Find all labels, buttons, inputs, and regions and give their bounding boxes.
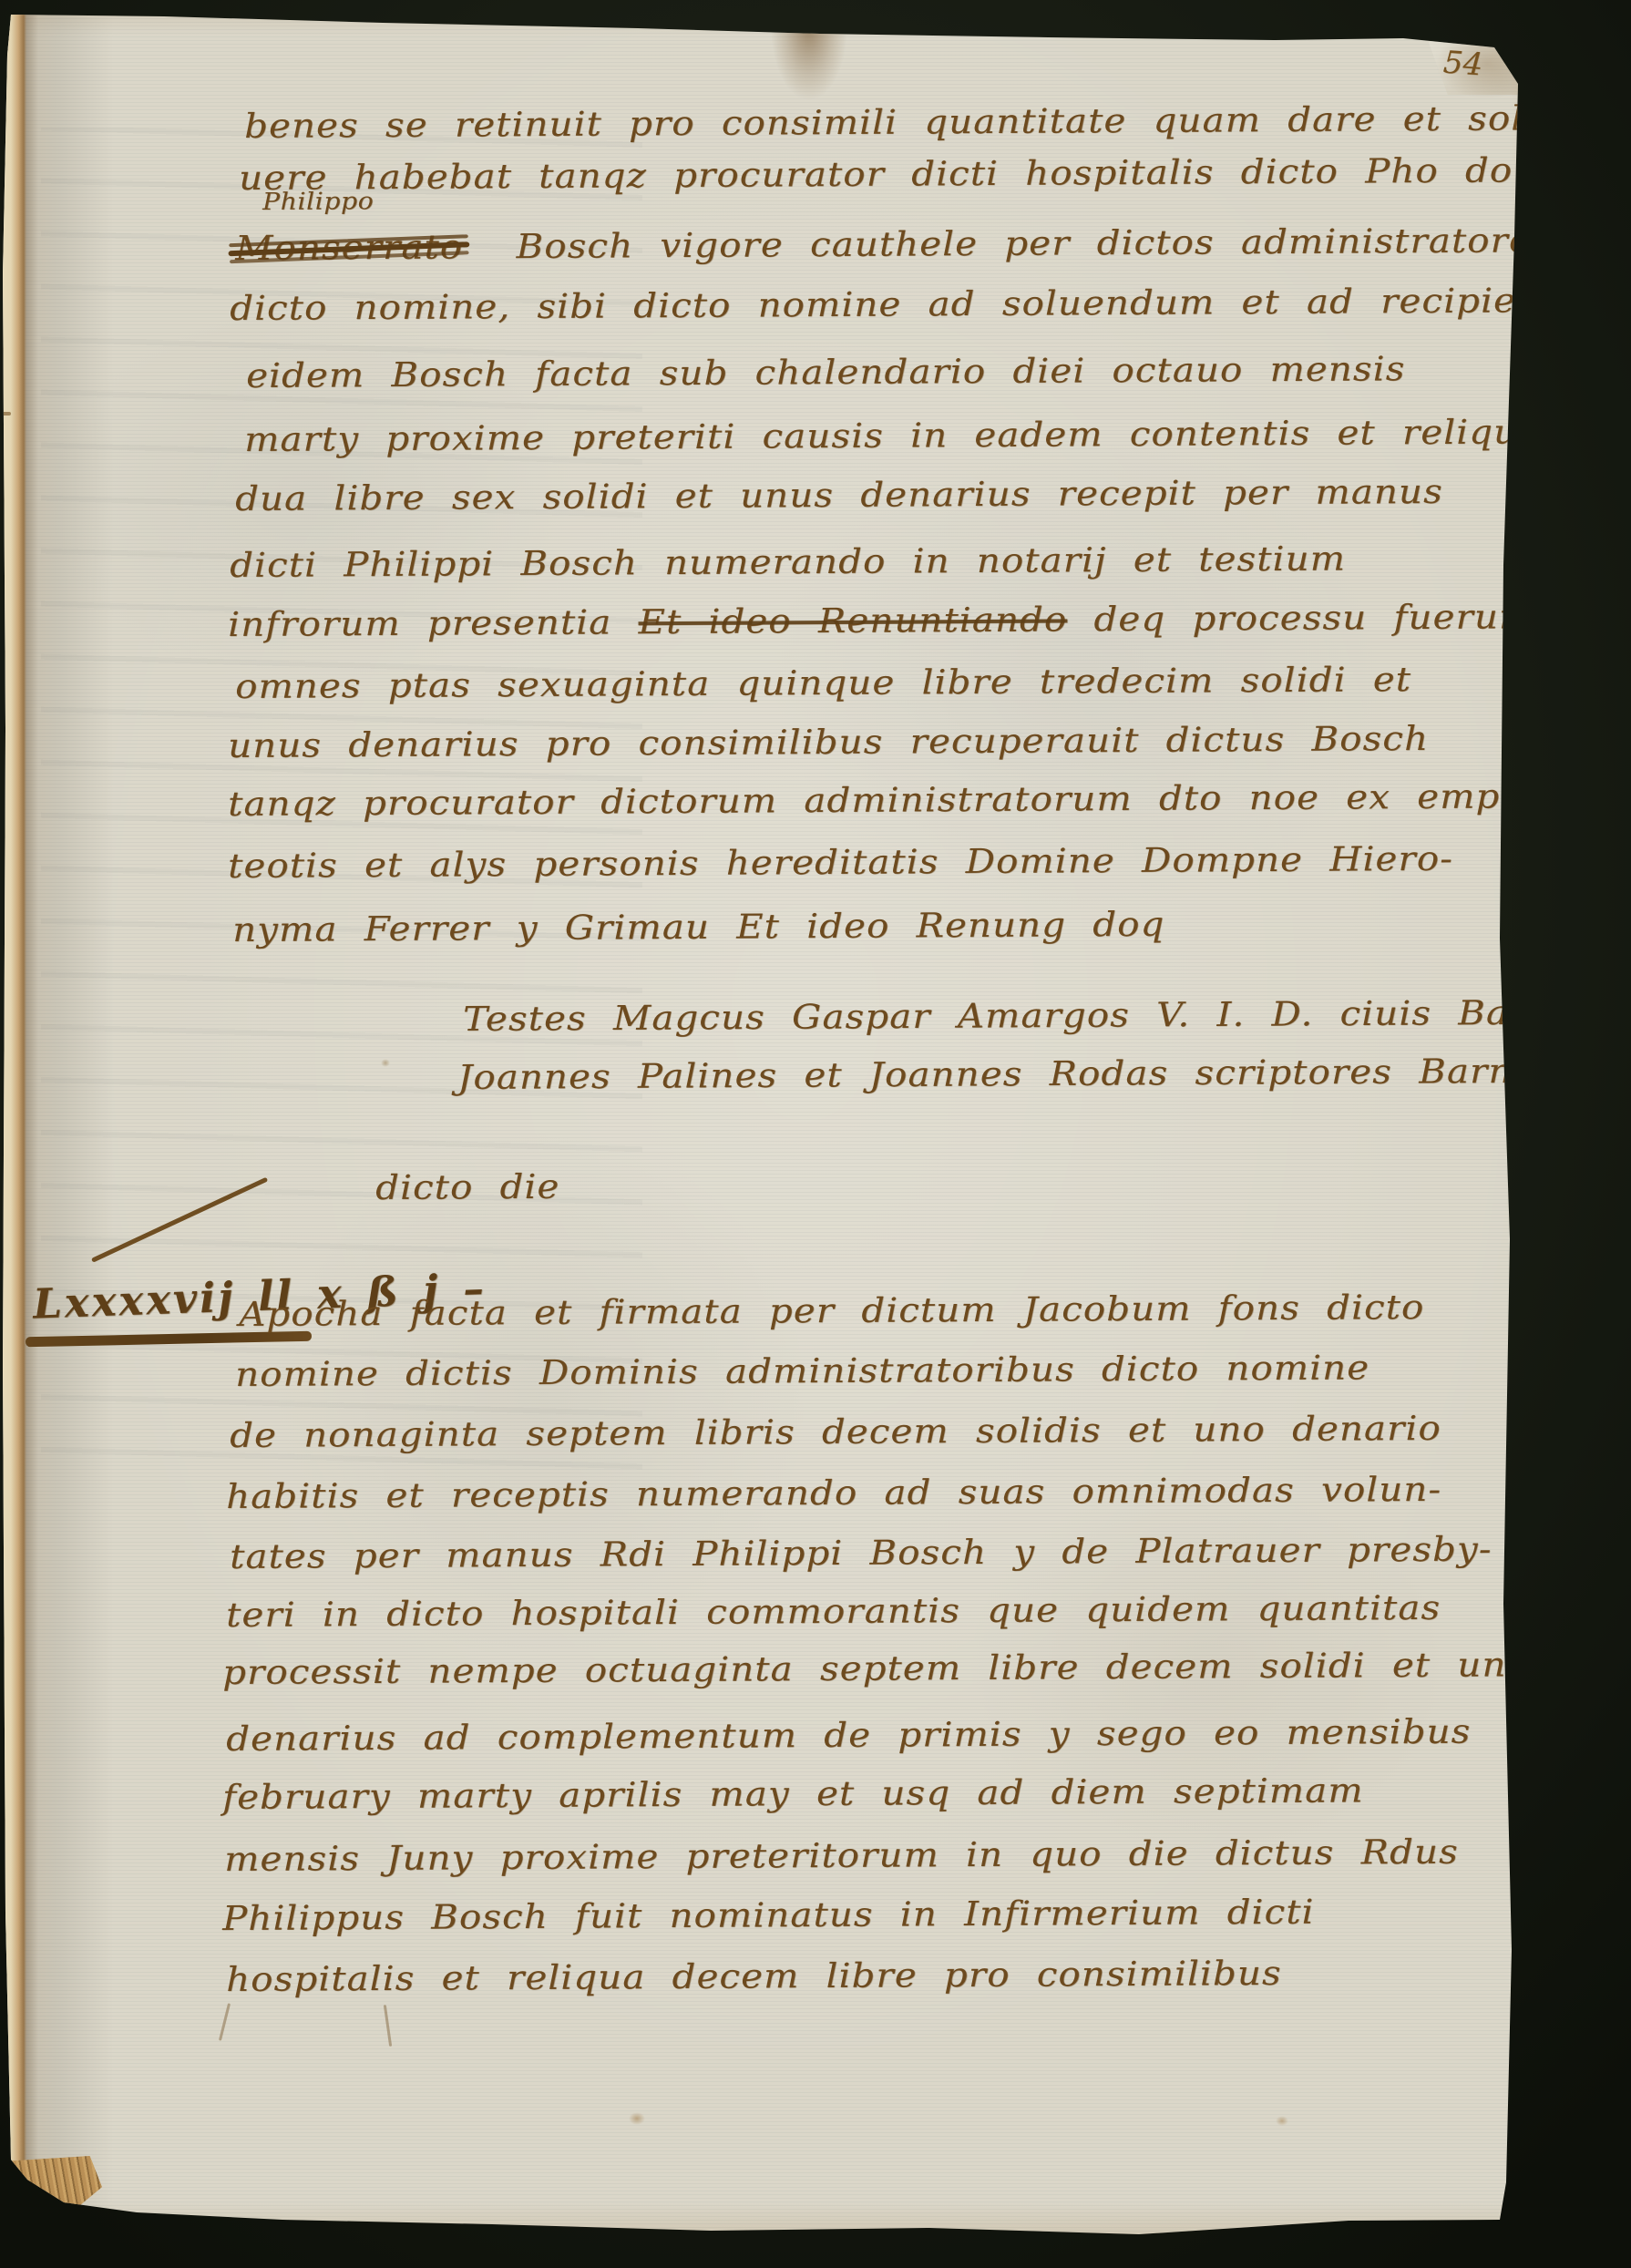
line-text: deq processu fuerunt <box>1093 597 1539 639</box>
manuscript-line: teri in dicto hospitali commorantis que … <box>226 1589 1441 1636</box>
stain <box>1276 2116 1288 2126</box>
manuscript-line: omnes ptas sexuaginta quinque libre tred… <box>235 661 1411 706</box>
manuscript-line: nomine dictis Dominis administratoribus … <box>235 1349 1369 1394</box>
binding-threads <box>0 2156 102 2212</box>
witness-line: Joannes Palines et Joannes Rodas scripto… <box>457 1052 1536 1098</box>
manuscript-line: dicti Philippi Bosch numerando in notari… <box>230 540 1346 586</box>
edge-ink-mark <box>0 412 11 416</box>
margin-flourish-stroke <box>91 1177 268 1263</box>
manuscript-line: marty proxime preteriti causis in eadem … <box>244 413 1561 459</box>
manuscript-line: Monserrato Bosch vigore cauthele per dic… <box>235 221 1552 268</box>
manuscript-line: tanqz procurator dictorum administratoru… <box>228 777 1560 824</box>
manuscript-line: Apocha facta et firmata per dictum Jacob… <box>239 1288 1424 1334</box>
stain <box>629 2112 645 2125</box>
stain <box>381 1059 390 1067</box>
ink-descender-mark <box>384 2005 392 2047</box>
line-text: Bosch vigore cauthele per dictos adminis… <box>516 221 1551 266</box>
ink-descender-mark <box>219 2003 231 2040</box>
manuscript-line: dicto nomine, sibi dicto nomine ad solue… <box>230 282 1626 329</box>
witness-line: Testes Magcus Gaspar Amargos V. I. D. ci… <box>463 994 1575 1040</box>
archival-photo-backdrop: 54 benes se retinuit pro consimili quant… <box>0 0 1631 2268</box>
entry-heading-dicto-die: dicto die <box>375 1168 560 1208</box>
folio-number: 54 <box>1442 45 1484 84</box>
manuscript-line: denarius ad complementum de primis y seg… <box>226 1713 1472 1760</box>
manuscript-line: hospitalis et reliqua decem libre pro co… <box>226 1955 1282 2000</box>
manuscript-line: benes se retinuit pro consimili quantita… <box>244 99 1537 146</box>
manuscript-line: dua libre sex solidi et unus denarius re… <box>235 473 1443 519</box>
struck-out-phrase: Et ideo Renuntiando <box>638 600 1067 641</box>
manuscript-line: processit nempe octuaginta septem libre … <box>222 1646 1551 1692</box>
line-text: infrorum presentia <box>228 602 611 644</box>
manuscript-line: eidem Bosch facta sub chalendario diei o… <box>246 350 1406 395</box>
manuscript-line: habitis et receptis numerando ad suas om… <box>226 1471 1441 1517</box>
manuscript-line: Philippus Bosch fuit nominatus in Infirm… <box>222 1893 1315 1939</box>
manuscript-line: mensis Juny proxime preteritorum in quo … <box>224 1833 1459 1880</box>
manuscript-line: february marty aprilis may et usq ad die… <box>222 1771 1364 1817</box>
manuscript-line: tates per manus Rdi Philippi Bosch y de … <box>230 1531 1493 1577</box>
manuscript-line: de nonaginta septem libris decem solidis… <box>230 1410 1441 1456</box>
struck-out-word: Monserrato <box>235 228 463 268</box>
manuscript-line: nyma Ferrer y Grimau Et ideo Renung doq <box>232 906 1165 950</box>
manuscript-page: 54 benes se retinuit pro consimili quant… <box>0 0 1549 2251</box>
edge-ink-mark <box>0 1059 4 1086</box>
manuscript-line: infrorum presentia Et ideo Renuntiando d… <box>228 598 1539 644</box>
manuscript-line: uere habebat tanqz procurator dicti hosp… <box>239 151 1513 198</box>
manuscript-line: unus denarius pro consimilibus recuperau… <box>228 720 1429 766</box>
manuscript-line: teotis et alys personis hereditatis Domi… <box>228 840 1453 887</box>
interlinear-insertion: Philippo <box>262 189 374 217</box>
